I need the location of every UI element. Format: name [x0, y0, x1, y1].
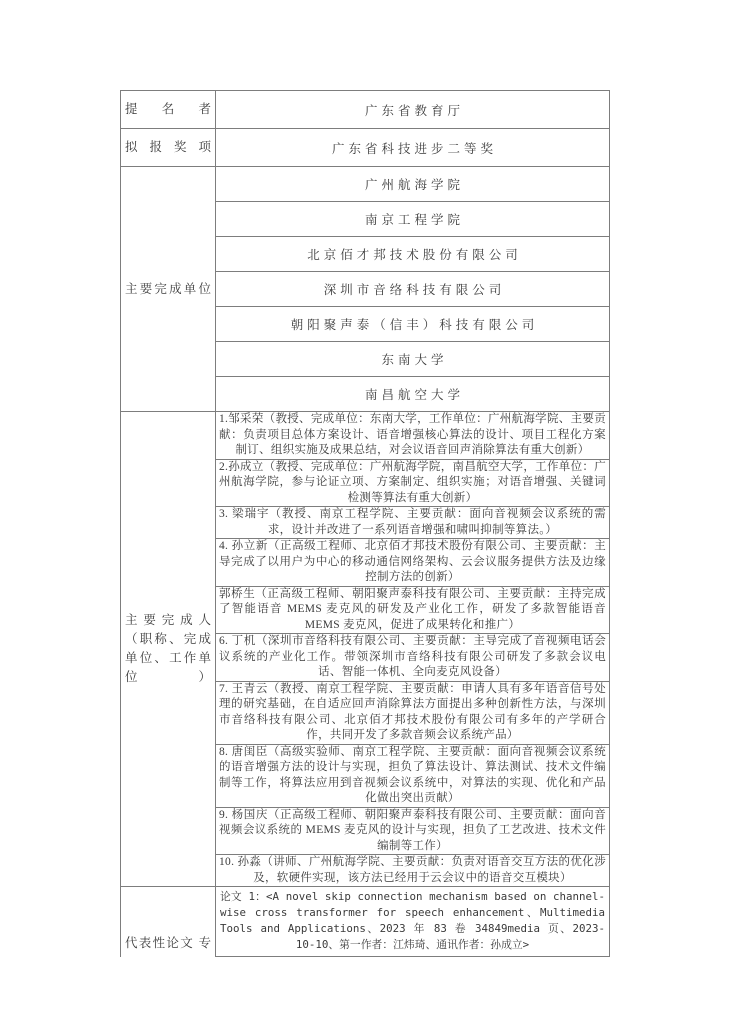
table-row-nominator: 提名者 广东省教育厅	[121, 91, 609, 129]
person-entry: 4. 孙立新（正高级工程师、北京佰才邦技术股份有限公司、主要贡献：主导完成了以用…	[216, 539, 609, 587]
unit-name: 朝阳聚声泰（信丰）科技有限公司	[216, 307, 609, 342]
units-label-cell: 主要完成单位	[121, 167, 216, 411]
award-value: 广东省科技进步二等奖	[216, 129, 609, 166]
person-entry: 1.邹采荣（教授、完成单位：东南大学，工作单位：广州航海学院、主要贡献：负责项目…	[216, 412, 609, 460]
document-page: 提名者 广东省教育厅 拟报奖项 广东省科技进步二等奖 主要完成单位 广州航海学院…	[0, 0, 730, 1032]
person-entry: 3. 梁瑞宇（教授、南京工程学院、主要贡献：面向音视频会议系统的需求，设计并改进…	[216, 507, 609, 539]
person-entry: 6. 丁机（深圳市音络科技有限公司、主要贡献：主导完成了音视频电话会议系统的产业…	[216, 634, 609, 682]
paper-entry: 论文 1：<A novel skip connection mechanism …	[216, 887, 609, 956]
person-entry: 7. 王青云（教授、南京工程学院、主要贡献：申请人具有多年语音信号处理的研究基础…	[216, 682, 609, 745]
nominator-value: 广东省教育厅	[216, 91, 609, 128]
table-row-completers: 主要完成人（职称、完成单位、工作单位） 1.邹采荣（教授、完成单位：东南大学，工…	[121, 412, 609, 887]
nominator-label-cell: 提名者	[121, 91, 216, 128]
unit-name: 南京工程学院	[216, 202, 609, 237]
person-entry: 9. 杨国庆（正高级工程师、朝阳聚声泰科技有限公司、主要贡献：面向音视频会议系统…	[216, 808, 609, 856]
papers-label: 代表性论文 专	[125, 934, 211, 953]
units-list: 广州航海学院南京工程学院北京佰才邦技术股份有限公司深圳市音络科技有限公司朝阳聚声…	[216, 167, 609, 411]
papers-list: 论文 1：<A novel skip connection mechanism …	[216, 887, 609, 957]
unit-name: 东南大学	[216, 342, 609, 377]
unit-name: 南昌航空大学	[216, 377, 609, 411]
table-row-award: 拟报奖项 广东省科技进步二等奖	[121, 129, 609, 167]
units-label: 主要完成单位	[125, 280, 211, 299]
completers-list: 1.邹采荣（教授、完成单位：东南大学，工作单位：广州航海学院、主要贡献：负责项目…	[216, 412, 609, 886]
completers-label: 主要完成人（职称、完成单位、工作单位）	[125, 611, 211, 687]
table-row-units: 主要完成单位 广州航海学院南京工程学院北京佰才邦技术股份有限公司深圳市音络科技有…	[121, 167, 609, 412]
unit-name: 深圳市音络科技有限公司	[216, 272, 609, 307]
person-entry: 8. 唐闺臣（高级实验师、南京工程学院、主要贡献：面向音视频会议系统的语音增强方…	[216, 745, 609, 808]
papers-label-cell: 代表性论文 专	[121, 887, 216, 957]
table-row-papers: 代表性论文 专 论文 1：<A novel skip connection me…	[121, 887, 609, 957]
person-entry: 2.孙成立（教授、完成单位：广州航海学院，南昌航空大学，工作单位：广州航海学院，…	[216, 460, 609, 508]
unit-name: 北京佰才邦技术股份有限公司	[216, 237, 609, 272]
nominator-label: 提名者	[125, 100, 211, 119]
unit-name: 广州航海学院	[216, 167, 609, 202]
award-nomination-table: 提名者 广东省教育厅 拟报奖项 广东省科技进步二等奖 主要完成单位 广州航海学院…	[120, 90, 610, 957]
person-entry: 10. 孙淼（讲师、广州航海学院、主要贡献：负责对语音交互方法的优化涉及，软硬件…	[216, 855, 609, 886]
award-label: 拟报奖项	[125, 138, 211, 157]
award-label-cell: 拟报奖项	[121, 129, 216, 166]
completers-label-cell: 主要完成人（职称、完成单位、工作单位）	[121, 412, 216, 886]
person-entry: 郭桥生（正高级工程师、朝阳聚声泰科技有限公司、主要贡献：主持完成了智能语音 ME…	[216, 587, 609, 635]
